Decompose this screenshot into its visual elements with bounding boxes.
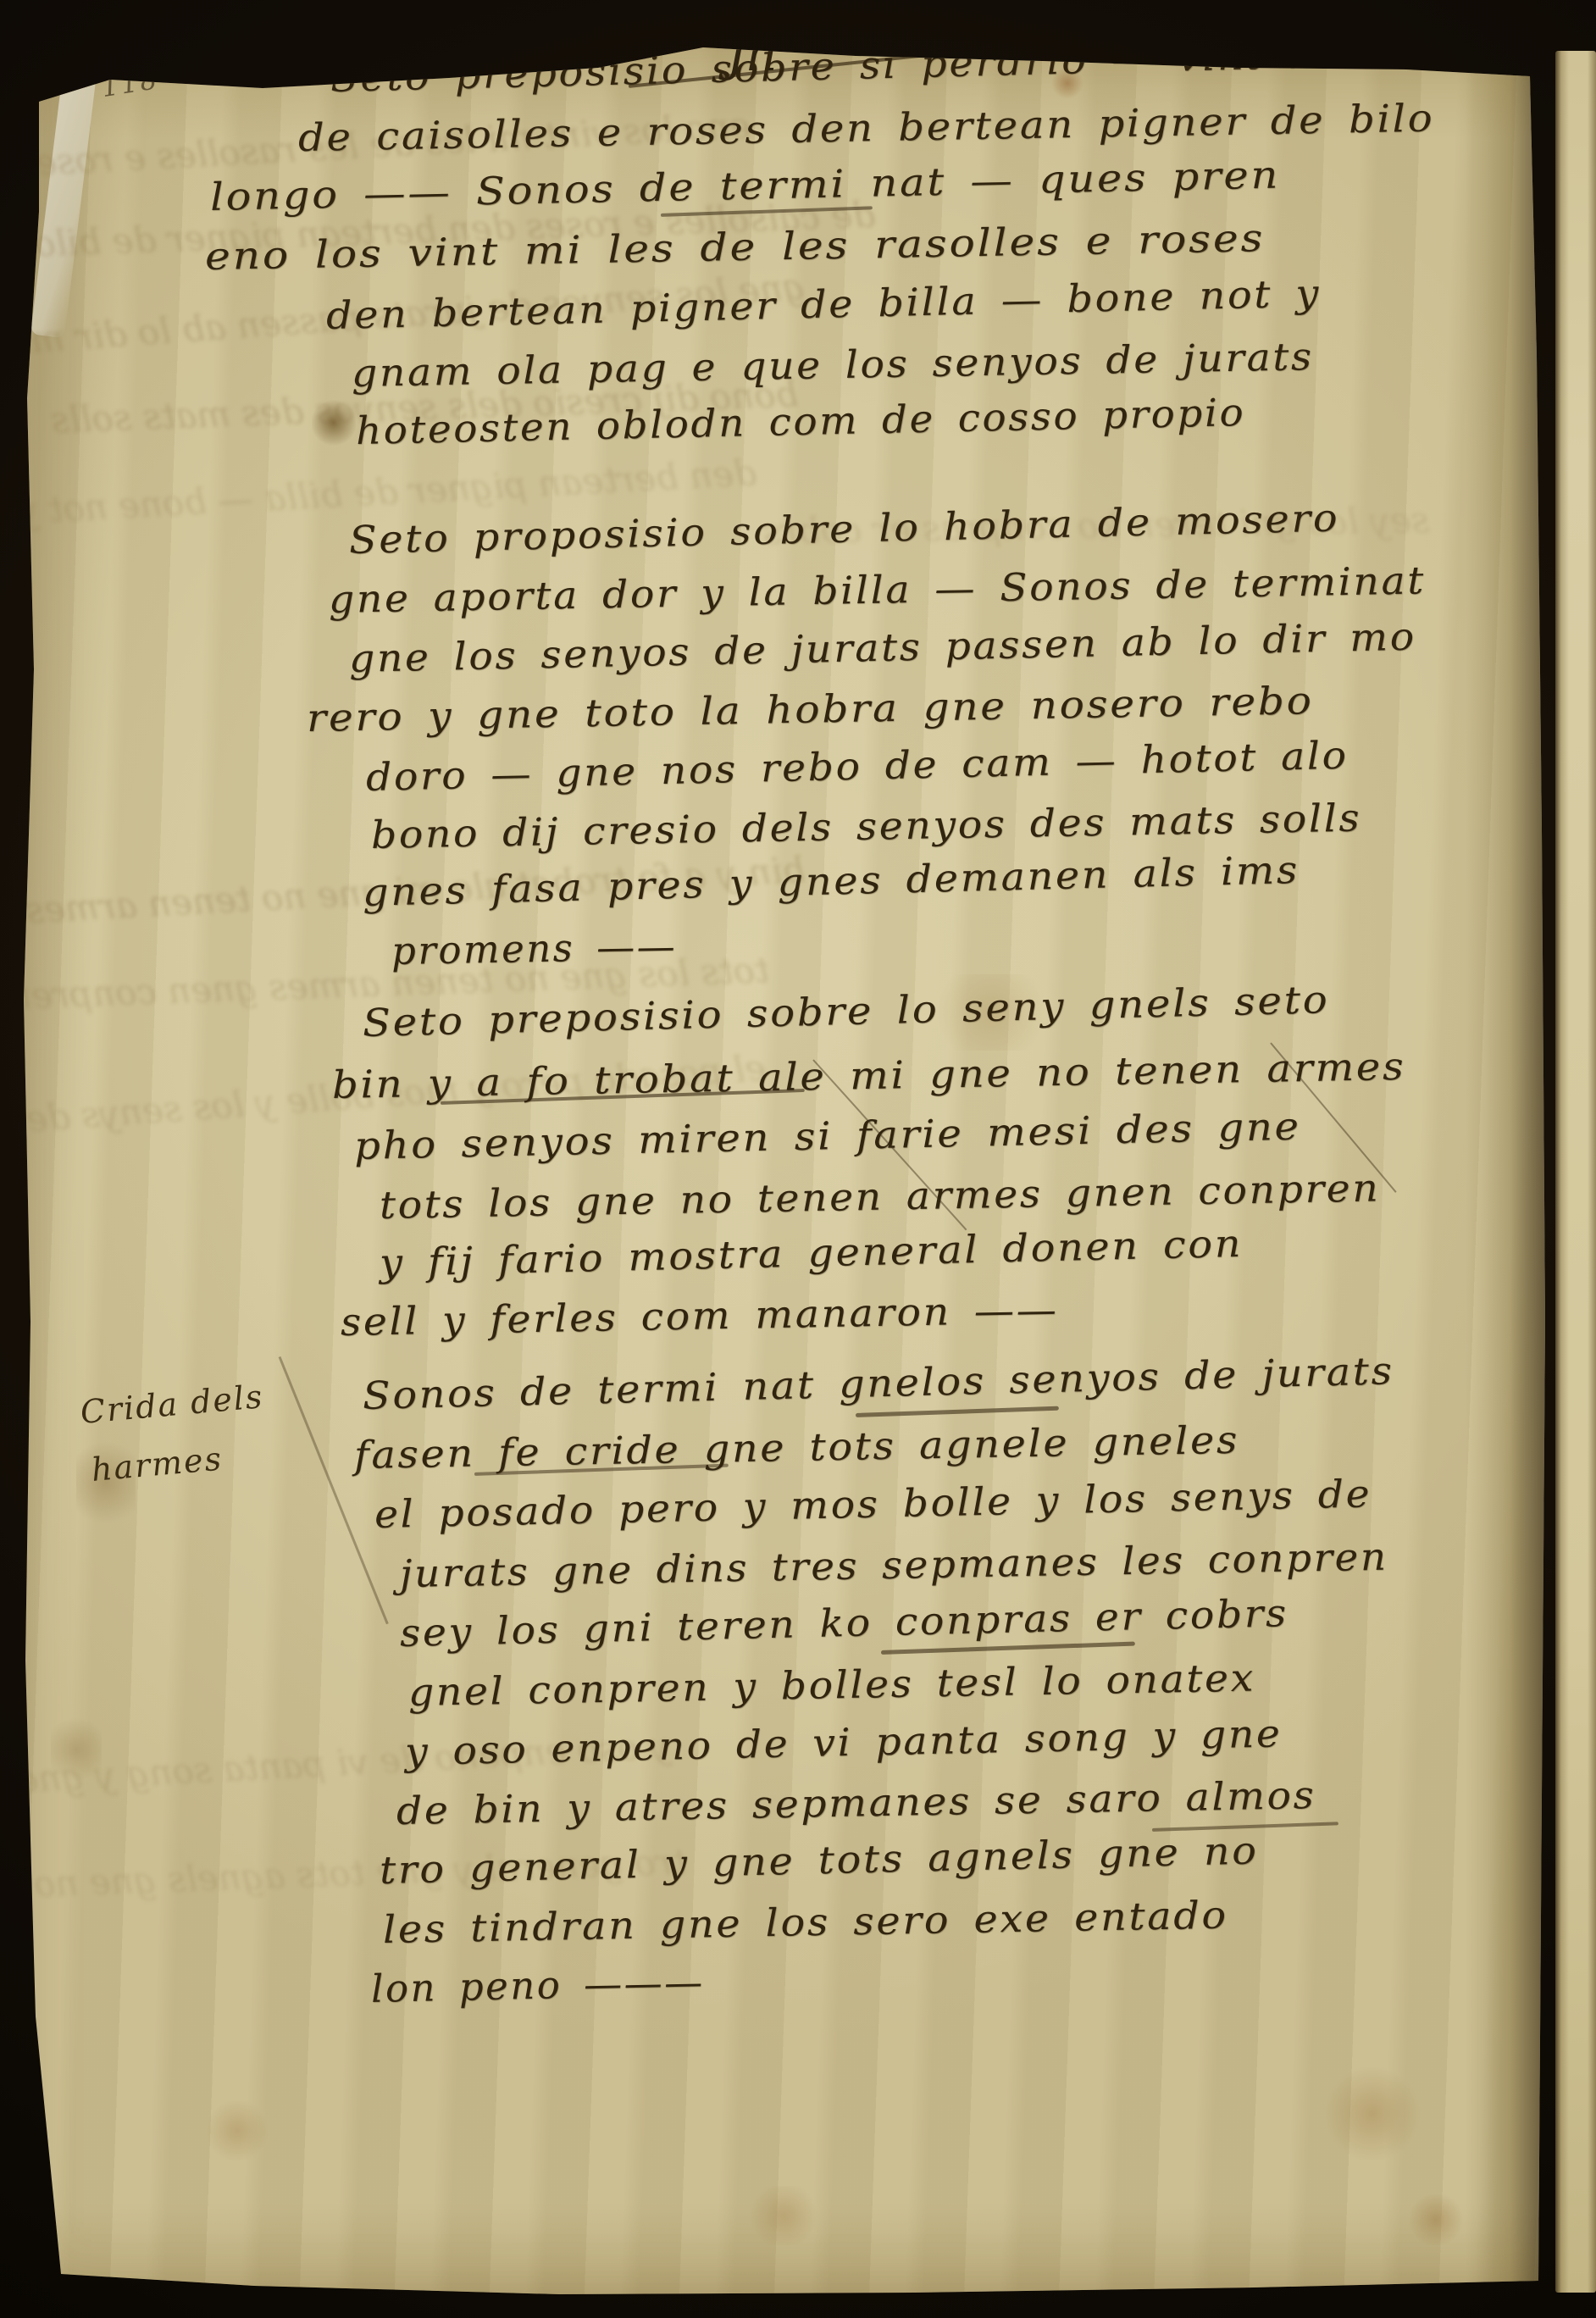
manuscript-line: den bertean pigner de billa — bone not y [325, 274, 1321, 335]
manuscript-line: sey los gni teren ko conpras er cobrs [399, 1594, 1288, 1652]
manuscript-line: jurats gne dins tres sepmanes les conpre… [400, 1538, 1388, 1593]
manuscript-line: y oso enpeno de vi panta song y gne [405, 1714, 1283, 1771]
manuscript-line: doro — gne nos rebo de cam — hotot alo [365, 736, 1349, 796]
manuscript-line: y fij fario mostra general donen con [379, 1224, 1243, 1282]
foxing-spot [745, 2186, 822, 2245]
manuscript-line: lon peno ——— [371, 1963, 705, 2008]
margin-note-line: harmes [90, 1443, 224, 1486]
foxing-spot [203, 2101, 271, 2160]
manuscript-line: gne los senyos de jurats passen ab lo di… [349, 618, 1417, 678]
foxing-spot [1322, 2067, 1423, 2160]
foxing-spot [1406, 2194, 1466, 2245]
manuscript-photograph: eno los vint mi les de les rasolles e ro… [0, 0, 1596, 2318]
manuscript-line: tro general y gne tots agnels gne no [379, 1831, 1259, 1889]
manuscript-line: gne aporta dor y la billa — Sonos de ter… [329, 561, 1427, 618]
pen-stroke [856, 1406, 1059, 1417]
manuscript-line: rero y gne toto la hobra gne nosero rebo [307, 681, 1314, 737]
folio-number: 118 [100, 67, 161, 102]
page-fold-shadow [1466, 68, 1547, 2287]
manuscript-line: Sonos de termi nat gnelos senyos de jura… [362, 1351, 1394, 1415]
manuscript-line: gnes fasa pres y gnes demanen als ims [362, 851, 1300, 912]
manuscript-line: de caisolles e roses den bertean pigner … [298, 99, 1435, 157]
manuscript-line: gnel conpren y bolles tesl lo onatex [408, 1659, 1256, 1711]
manuscript-line: tots los gne no tenen armes gnen conpren [380, 1168, 1381, 1224]
manuscript-line: de bin y atres sepmanes se saro almos [396, 1776, 1316, 1830]
torn-corner [30, 57, 98, 338]
margin-note-line: Crida dels [79, 1380, 264, 1428]
manuscript-line: gnam ola pag e que los senyos de jurats [352, 337, 1315, 392]
next-page-edge [1555, 51, 1596, 2293]
manuscript-line: fasen fe cride gne tots agnele gneles [354, 1421, 1240, 1474]
manuscript-page: eno los vint mi les de les rasolles e ro… [0, 0, 1596, 2318]
manuscript-line: Seto proposisio sobre lo hobra de mosero [348, 498, 1339, 559]
manuscript-line: bin y a fo trobat ale mi gne no tenen ar… [332, 1047, 1406, 1104]
manuscript-line: sell y ferles com manaron —— [341, 1290, 1059, 1341]
manuscript-line: bono dij cresio dels senyos des mats sol… [371, 799, 1362, 854]
manuscript-line: el posado pero y mos bolle y los senys d… [374, 1474, 1372, 1533]
manuscript-line: promens —— [391, 927, 678, 970]
manuscript-line: pho senyos miren si farie mesi des gne [354, 1107, 1302, 1165]
manuscript-line: Seto preposisio sobre si perdrio — vint … [330, 32, 1431, 97]
manuscript-line: les tindran gne los sero exe entado [383, 1896, 1229, 1949]
